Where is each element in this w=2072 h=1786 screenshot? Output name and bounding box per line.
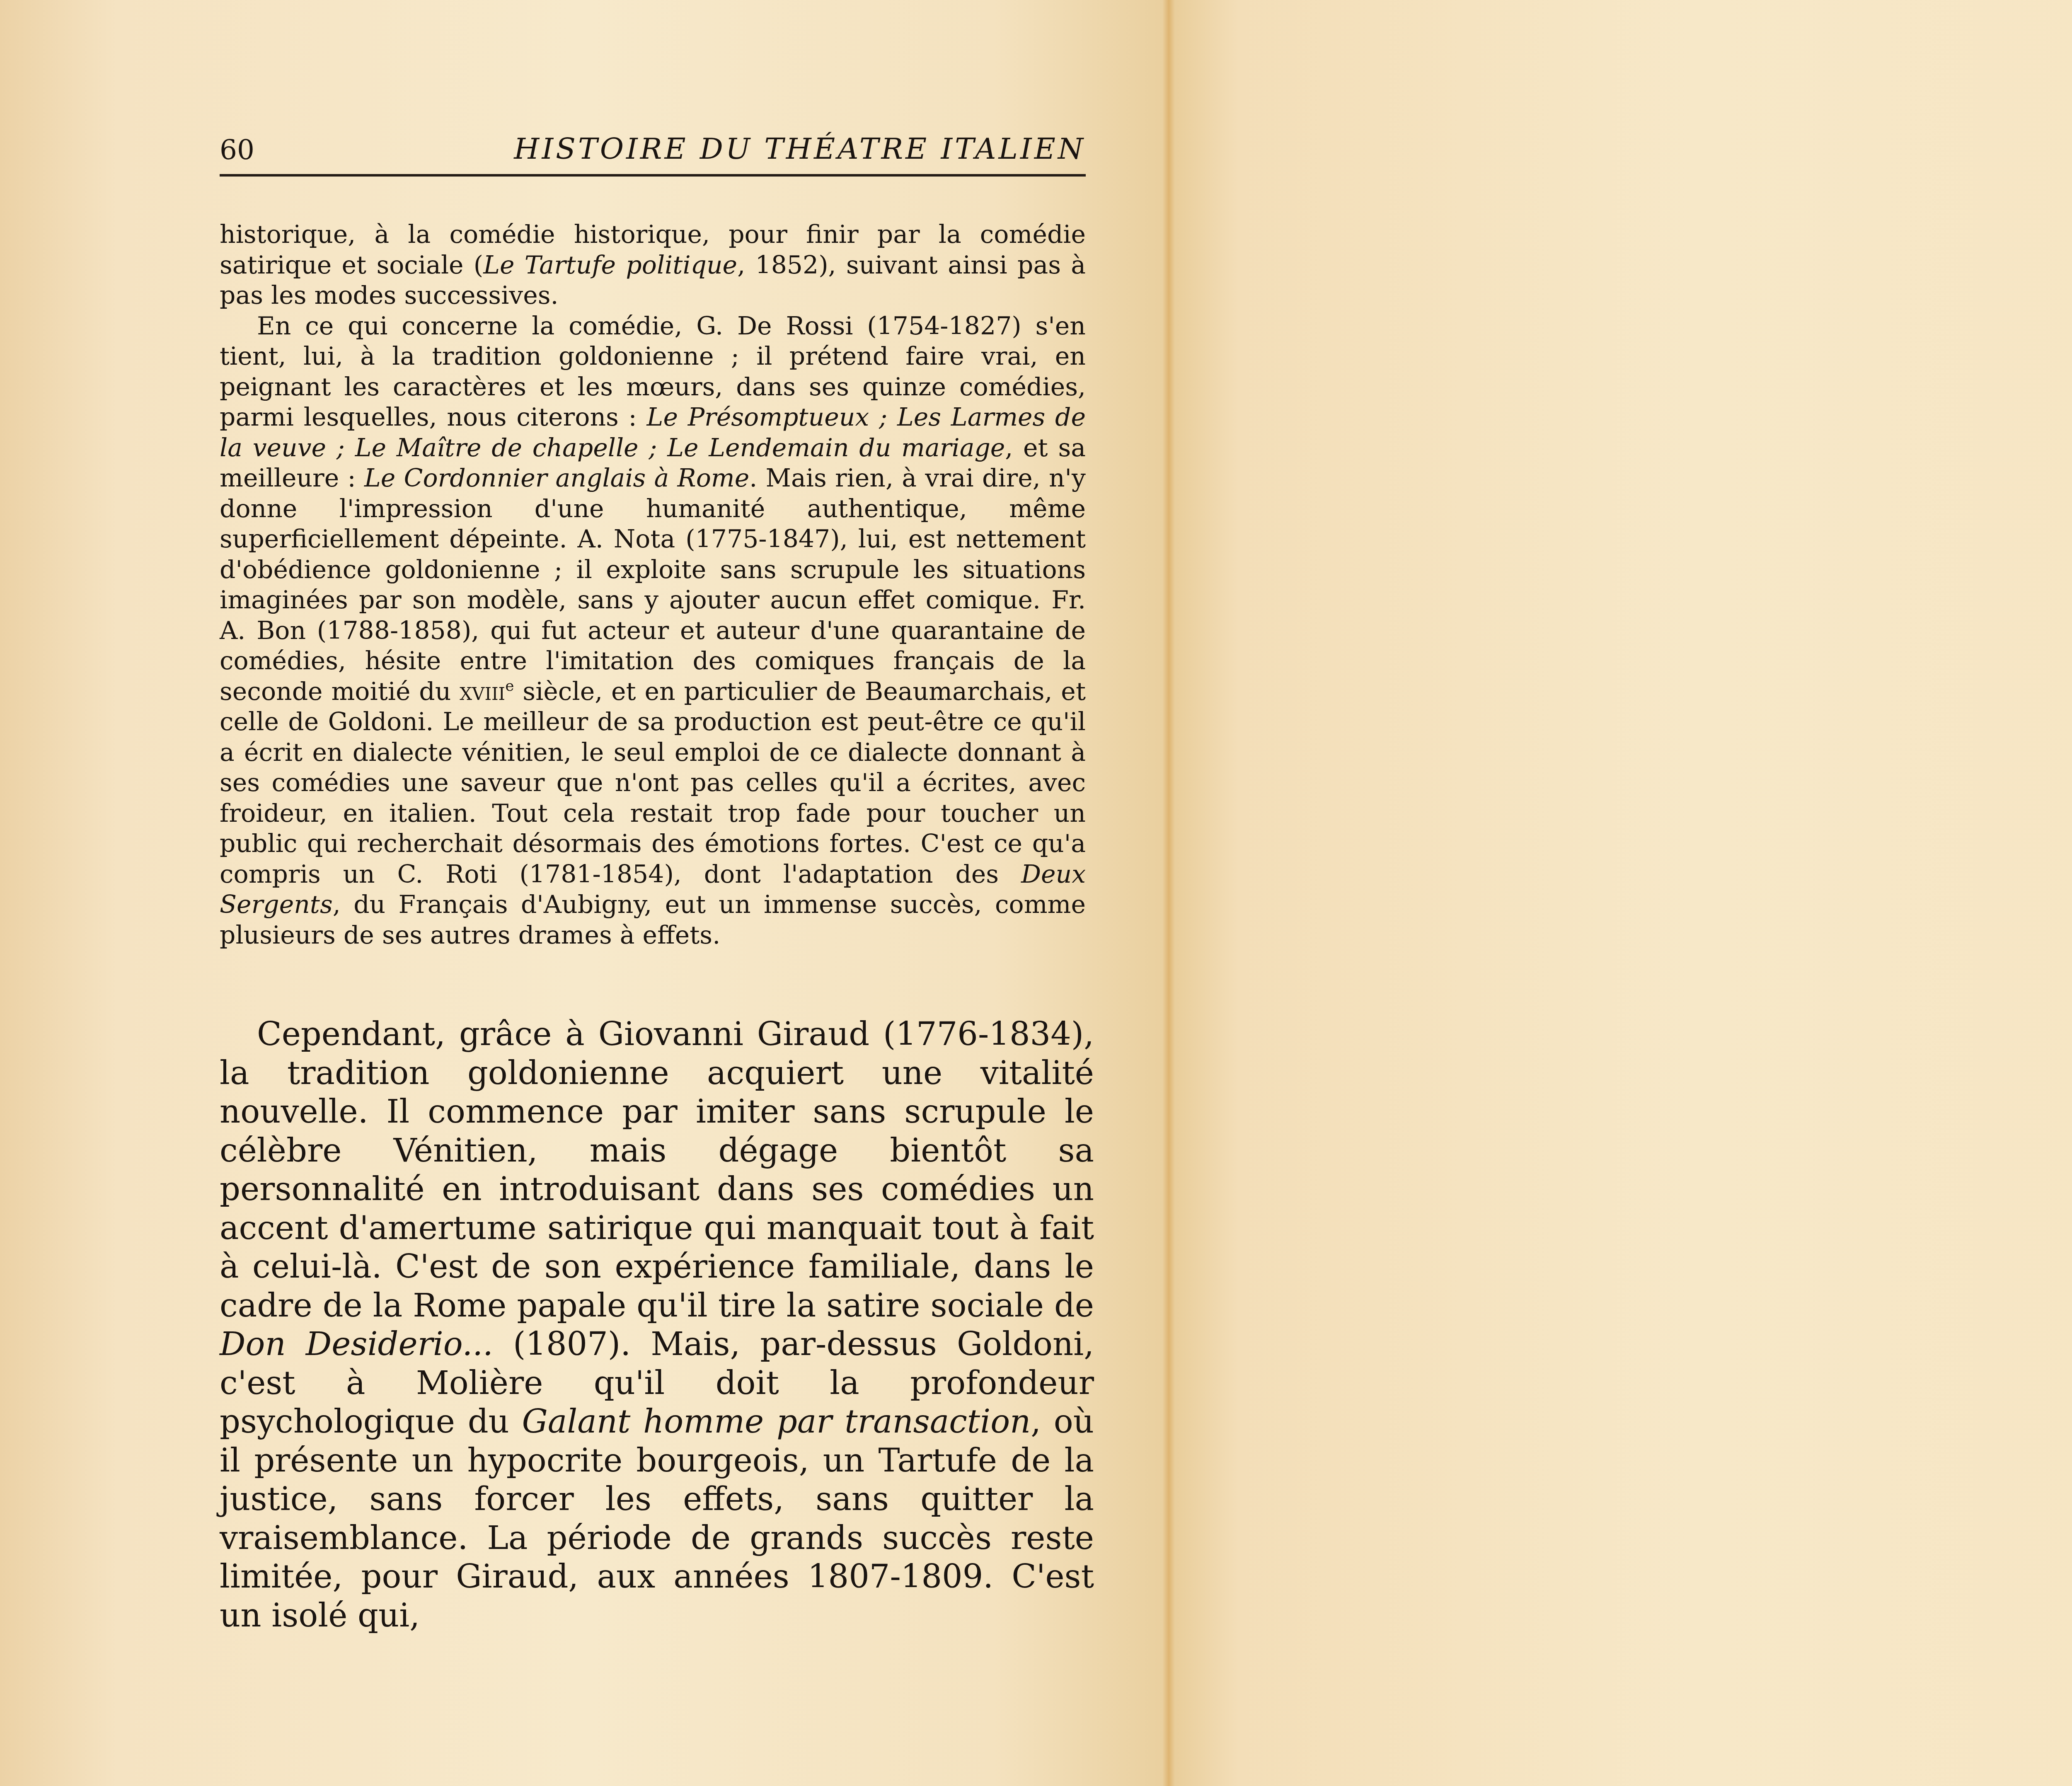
header-rule — [220, 174, 1086, 177]
small-print-block: historique, à la comédie historique, pou… — [220, 220, 1086, 951]
page-number: 60 — [220, 134, 254, 166]
left-page: 60 HISTOIRE DU THÉATRE ITALIEN historiqu… — [0, 0, 1169, 1786]
book-spread: 60 HISTOIRE DU THÉATRE ITALIEN historiqu… — [0, 0, 2072, 1786]
right-page: LE XIXe SIÈCLE 61 par des dons supérieur… — [1169, 0, 2072, 1786]
body-text-block: Cependant, grâce à Giovanni Giraud (1776… — [220, 1015, 1094, 1635]
book-gutter — [1162, 0, 1175, 1786]
running-head-left: 60 HISTOIRE DU THÉATRE ITALIEN — [220, 120, 1086, 166]
paragraph: Cependant, grâce à Giovanni Giraud (1776… — [220, 1015, 1094, 1635]
paragraph: En ce qui concerne la comédie, G. De Ros… — [220, 311, 1086, 951]
paragraph: historique, à la comédie historique, pou… — [220, 220, 1086, 311]
running-head-title: HISTOIRE DU THÉATRE ITALIEN — [514, 132, 1086, 166]
